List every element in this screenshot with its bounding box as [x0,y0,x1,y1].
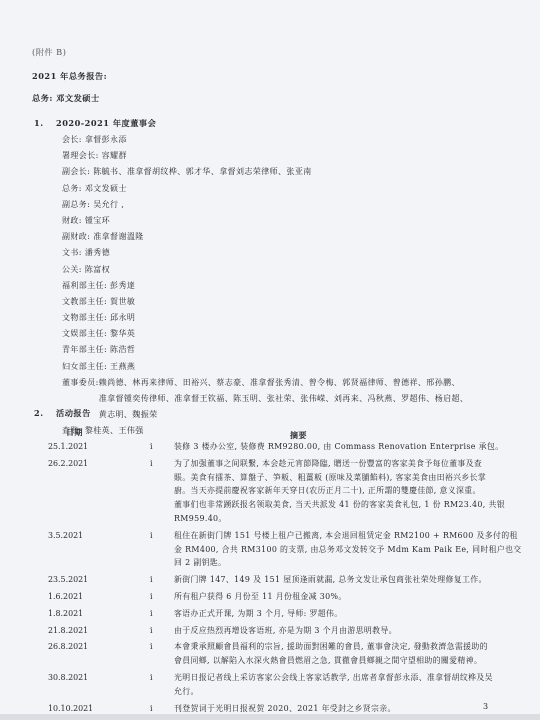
activity-date: 21.8.2021 [0,624,150,638]
summary-line: 回 2 副钥匙。 [174,556,504,570]
role-auditors: 查账: 黎桂英、王伟强 [62,423,499,439]
activity-row: 25.1.2021 i 装修 3 楼办公室, 装修费 RM9280.00, 由 … [0,440,540,454]
committee-members-line: 黄志明、魏振荣 [99,407,499,423]
role-vice-presidents: 副会长: 陈毓书、准拿督胡纹桦、郭才华、拿督刘志荣律师、张亚南 [62,164,499,180]
activity-date: 3.5.2021 [0,529,150,570]
role-treasurer: 财政: 锺宝环 [62,213,499,229]
appendix-label: (附件 B) [32,47,66,58]
role-entertainment-head: 文娱部主任: 黎华英 [62,326,499,342]
role-public-relations: 公关: 陈富权 [62,262,499,278]
summary-line: 为了加强董事之间联繫, 本会趁元宵節降臨, 贈送一份豐富的客家美食予每位董事及查 [174,457,504,471]
summary-line: 賬。美食有擂茶、算盤子、笋粄、粗薑粄 (原味及菜脯餡料), 客家美食由田裕兴乡长… [174,471,504,485]
activity-separator: i [150,671,174,699]
committee-members: 董事委员: 赖尚德、林再来律师、田裕兴、蔡志豪、准拿督张秀清、曾令梅、郭贤福律师… [62,375,499,423]
report-title: 2021 年总务报告: [32,71,107,82]
summary-line: 由于反应热烈再增设客语班, 亦是为期 3 个月由游思明教导。 [174,624,504,638]
activity-separator: i [150,607,174,621]
section1-number: 1. [34,118,44,129]
activity-summary: 本會秉承照顧會員福利的宗旨, 援助面對困難的會員, 董事會決定, 發動救濟急需援… [174,640,504,668]
page-number: 3 [483,702,488,711]
activity-summary: 为了加强董事之间联繫, 本会趁元宵節降臨, 贈送一份豐富的客家美食予每位董事及查… [174,457,504,526]
activity-date: 30.8.2021 [0,671,150,699]
committee-members-line: 准拿督锺奕传律师、准拿督王钦福、陈玉明、张社荣、张伟嵘、刘再来、冯秋燕、罗超伟、… [99,391,499,407]
activity-separator: i [150,457,174,526]
page-bottom-edge [0,714,540,720]
activity-date: 1.6.2021 [0,590,150,604]
summary-line: 允行。 [174,685,504,699]
activity-row: 21.8.2021 i 由于反应热烈再增设客语班, 亦是为期 3 个月由游思明教… [0,624,540,638]
activity-summary: 新街门牌 147、149 及 151 屋顶逢雨就漏, 总务文发让承包商张社荣处理… [174,573,504,587]
activity-separator: i [150,640,174,668]
role-welfare-head: 福利部主任: 彭秀達 [62,278,499,294]
activity-summary: 由于反应热烈再增设客语班, 亦是为期 3 个月由游思明教导。 [174,624,504,638]
activity-separator: i [150,573,174,587]
activity-separator: i [150,590,174,604]
role-president: 会长: 拿督彭永添 [62,132,499,148]
committee-members-line: 赖尚德、林再来律师、田裕兴、蔡志豪、准拿督张秀清、曾令梅、郭贤福律师、曾德祥、邢… [99,375,499,391]
activity-row: 3.5.2021 i 租住在新街门牌 151 号楼上租户已搬离, 本会退回租赁定… [0,529,540,570]
activity-row: 30.8.2021 i 光明日报记者线上采访客家公会线上客家话教学, 出席者拿督… [0,671,540,699]
activity-row: 1.6.2021 i 所有租户获得 6 月份至 11 月份租金减 30%。 [0,590,540,604]
activity-row: 23.5.2021 i 新街门牌 147、149 及 151 屋顶逢雨就漏, 总… [0,573,540,587]
summary-line: 租住在新街门牌 151 号楼上租户已搬离, 本会退回租赁定金 RM2100 + … [174,529,504,543]
activity-summary: 租住在新街门牌 151 号楼上租户已搬离, 本会退回租赁定金 RM2100 + … [174,529,504,570]
activity-date: 1.8.2021 [0,607,150,621]
summary-line: 董事们也非常踴跃报名领取美食, 当天共派发 41 份的客家美食礼包, 1 份 R… [174,498,504,512]
activity-date: 26.8.2021 [0,640,150,668]
role-clerk: 文书: 潘秀德 [62,245,499,261]
activity-separator: i [150,440,174,454]
activity-list: 25.1.2021 i 装修 3 楼办公室, 装修费 RM9280.00, 由 … [0,440,540,718]
activity-date: 25.1.2021 [0,440,150,454]
summary-line: 會員同鄉, 以解陷入水深火熱會員燃眉之急, 貫徹會員鄉親之間守望相助的關愛精神。 [174,654,504,668]
section1-title: 2020-2021 年度董事会 [56,118,156,129]
role-deputy-treasurer: 副财政: 准拿督谢溫隆 [62,229,499,245]
role-women-head: 妇女部主任: 王燕燕 [62,359,499,375]
summary-line: 本會秉承照顧會員福利的宗旨, 援助面對困難的會員, 董事會決定, 發動救濟急需援… [174,640,504,654]
document-page: (附件 B) 2021 年总务报告: 总务: 邓文发硕士 1. 2020-202… [0,0,540,714]
column-header-date: 日期 [66,427,83,438]
activity-separator: i [150,624,174,638]
section2-number: 2. [34,408,44,419]
board-list: 会长: 拿督彭永添 署理会长: 容耀群 副会长: 陈毓书、准拿督胡纹桦、郭才华、… [62,132,499,439]
summary-line: 客语办正式开课, 为期 3 个月, 导师: 罗超伟。 [174,607,504,621]
role-youth-head: 青年部主任: 陈浩哲 [62,342,499,358]
activity-row: 1.8.2021 i 客语办正式开课, 为期 3 个月, 导师: 罗超伟。 [0,607,540,621]
role-secretary: 总务: 邓文发硕士 [62,181,499,197]
section2-title: 活动报告 [56,408,91,419]
role-education-head: 文教部主任: 賀世敏 [62,294,499,310]
role-acting-president: 署理会长: 容耀群 [62,148,499,164]
activity-summary: 所有租户获得 6 月份至 11 月份租金减 30%。 [174,590,504,604]
summary-line: 装修 3 楼办公室, 装修费 RM9280.00, 由 Commass Reno… [174,440,504,454]
role-heritage-head: 文物部主任: 邱永明 [62,310,499,326]
summary-line: 金 RM400, 合共 RM3100 的支票, 由总务邓文发转交予 Mdm Ka… [174,543,504,557]
activity-row: 26.2.2021 i 为了加强董事之间联繫, 本会趁元宵節降臨, 贈送一份豐富… [0,457,540,526]
summary-line: 新街门牌 147、149 及 151 屋顶逢雨就漏, 总务文发让承包商张社荣处理… [174,573,504,587]
role-deputy-secretary: 副总务: 吴允行 , [62,197,499,213]
activity-separator: i [150,529,174,570]
activity-summary: 光明日报记者线上采访客家公会线上客家话教学, 出席者拿督彭永添、准拿督胡纹桦及吴… [174,671,504,699]
summary-line: RM959.40。 [174,512,504,526]
summary-line: 光明日报记者线上采访客家公会线上客家话教学, 出席者拿督彭永添、准拿督胡纹桦及吴 [174,671,504,685]
summary-line: 廚。当天亦提前慶祝客家新年天穿日(农历正月二十), 正所謂的雙慶佳節, 意义深重… [174,484,504,498]
activity-date: 23.5.2021 [0,573,150,587]
activity-summary: 客语办正式开课, 为期 3 个月, 导师: 罗超伟。 [174,607,504,621]
activity-summary: 装修 3 楼办公室, 装修费 RM9280.00, 由 Commass Reno… [174,440,504,454]
summary-line: 所有租户获得 6 月份至 11 月份租金减 30%。 [174,590,504,604]
activity-row: 26.8.2021 i 本會秉承照顧會員福利的宗旨, 援助面對困難的會員, 董事… [0,640,540,668]
activity-date: 26.2.2021 [0,457,150,526]
secretary-line: 总务: 邓文发硕士 [32,93,100,104]
